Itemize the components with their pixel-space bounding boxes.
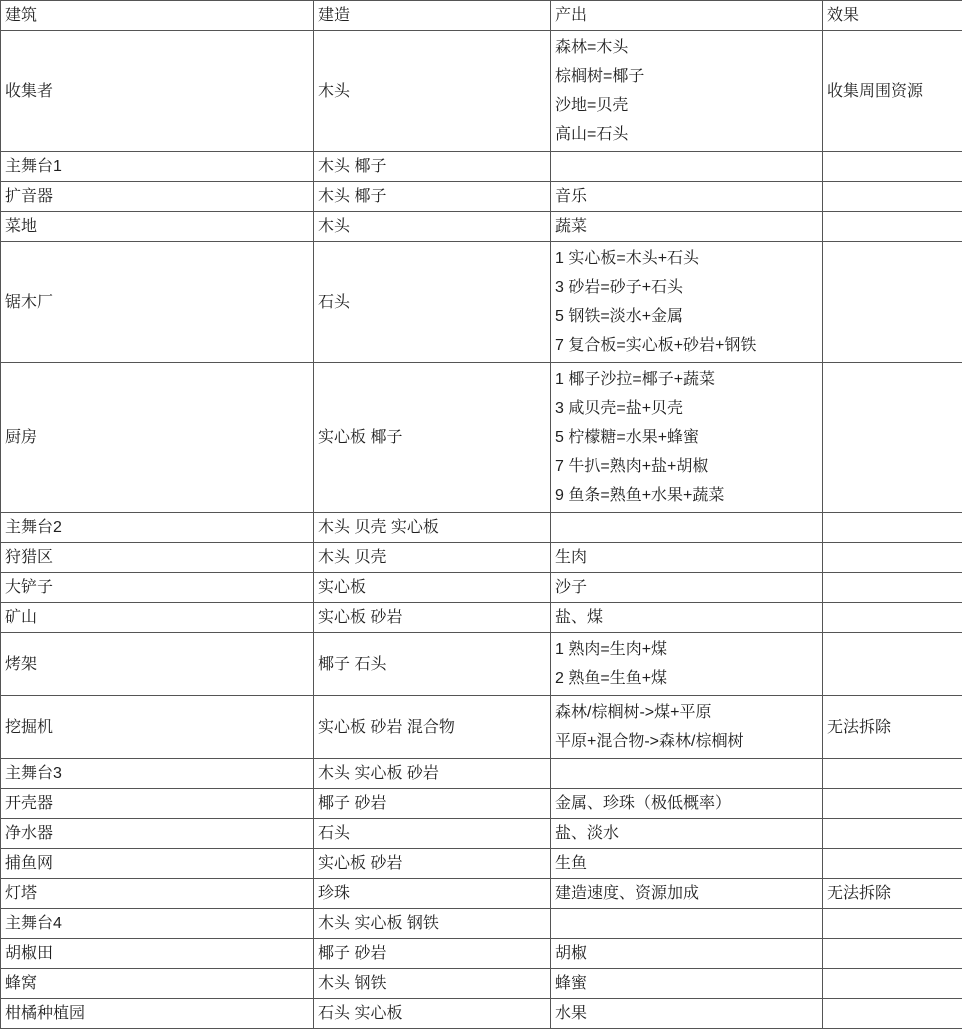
cell-outputs: 森林/棕榈树->煤+平原 平原+混合物->森林/棕榈树 — [551, 696, 823, 759]
cell-building: 锯木厂 — [1, 242, 314, 363]
column-header-outputs: 产出 — [551, 1, 823, 31]
table-row-collector: 收集者 木头 森林=木头 棕榈树=椰子 沙地=贝壳 高山=石头 收集周围资源 — [1, 31, 962, 152]
table-row-mainstage3: 主舞台3 木头 实心板 砂岩 — [1, 759, 962, 789]
cell-outputs: 蔬菜 — [551, 212, 823, 242]
cell-building: 蜂窝 — [1, 969, 314, 999]
cell-building: 厨房 — [1, 363, 314, 513]
cell-outputs: 胡椒 — [551, 939, 823, 969]
cell-effect — [823, 182, 962, 212]
cell-outputs: 金属、珍珠（极低概率） — [551, 789, 823, 819]
cell-cost: 实心板 砂岩 — [314, 603, 551, 633]
cell-effect — [823, 363, 962, 513]
cell-building: 主舞台4 — [1, 909, 314, 939]
cell-outputs: 盐、淡水 — [551, 819, 823, 849]
table-row-hunting-area: 狩猎区 木头 贝壳 生肉 — [1, 543, 962, 573]
cell-effect — [823, 633, 962, 696]
cell-effect — [823, 513, 962, 543]
cell-building: 收集者 — [1, 31, 314, 152]
cell-outputs: 水果 — [551, 999, 823, 1029]
cell-effect: 无法拆除 — [823, 696, 962, 759]
cell-effect — [823, 603, 962, 633]
table-row-sawmill: 锯木厂 石头 1 实心板=木头+石头 3 砂岩=砂子+石头 5 钢铁=淡水+金属… — [1, 242, 962, 363]
cell-building: 开壳器 — [1, 789, 314, 819]
table-row-excavator: 挖掘机 实心板 砂岩 混合物 森林/棕榈树->煤+平原 平原+混合物->森林/棕… — [1, 696, 962, 759]
table-row-kitchen: 厨房 实心板 椰子 1 椰子沙拉=椰子+蔬菜 3 咸贝壳=盐+贝壳 5 柠檬糖=… — [1, 363, 962, 513]
cell-building: 大铲子 — [1, 573, 314, 603]
column-header-effect: 效果 — [823, 1, 962, 31]
cell-building: 矿山 — [1, 603, 314, 633]
cell-outputs: 森林=木头 棕榈树=椰子 沙地=贝壳 高山=石头 — [551, 31, 823, 152]
cell-outputs — [551, 152, 823, 182]
cell-building: 灯塔 — [1, 879, 314, 909]
cell-effect — [823, 543, 962, 573]
cell-cost: 木头 实心板 砂岩 — [314, 759, 551, 789]
cell-outputs — [551, 909, 823, 939]
cell-cost: 珍珠 — [314, 879, 551, 909]
cell-outputs: 建造速度、资源加成 — [551, 879, 823, 909]
cell-cost: 木头 贝壳 实心板 — [314, 513, 551, 543]
cell-effect — [823, 849, 962, 879]
cell-building: 胡椒田 — [1, 939, 314, 969]
table-row-loudspeaker: 扩音器 木头 椰子 音乐 — [1, 182, 962, 212]
cell-outputs — [551, 759, 823, 789]
cell-cost: 木头 椰子 — [314, 182, 551, 212]
cell-effect — [823, 212, 962, 242]
cell-building: 挖掘机 — [1, 696, 314, 759]
cell-building: 主舞台3 — [1, 759, 314, 789]
cell-outputs: 1 椰子沙拉=椰子+蔬菜 3 咸贝壳=盐+贝壳 5 柠檬糖=水果+蜂蜜 7 牛扒… — [551, 363, 823, 513]
header-row: 建筑 建造 产出 效果 — [1, 1, 962, 31]
table-row-fishing-net: 捕鱼网 实心板 砂岩 生鱼 — [1, 849, 962, 879]
cell-effect — [823, 242, 962, 363]
cell-cost: 木头 钢铁 — [314, 969, 551, 999]
cell-cost: 椰子 石头 — [314, 633, 551, 696]
cell-building: 主舞台2 — [1, 513, 314, 543]
table-row-mine: 矿山 实心板 砂岩 盐、煤 — [1, 603, 962, 633]
table-row-vegetable-patch: 菜地 木头 蔬菜 — [1, 212, 962, 242]
table-row-mainstage2: 主舞台2 木头 贝壳 实心板 — [1, 513, 962, 543]
cell-outputs: 盐、煤 — [551, 603, 823, 633]
cell-effect — [823, 939, 962, 969]
table-row-big-shovel: 大铲子 实心板 沙子 — [1, 573, 962, 603]
table-row-citrus-plantation: 柑橘种植园 石头 实心板 水果 — [1, 999, 962, 1029]
cell-effect — [823, 573, 962, 603]
cell-cost: 石头 实心板 — [314, 999, 551, 1029]
cell-cost: 石头 — [314, 242, 551, 363]
table-row-pepper-field: 胡椒田 椰子 砂岩 胡椒 — [1, 939, 962, 969]
cell-cost: 木头 实心板 钢铁 — [314, 909, 551, 939]
cell-effect — [823, 819, 962, 849]
cell-cost: 木头 — [314, 31, 551, 152]
cell-building: 柑橘种植园 — [1, 999, 314, 1029]
column-header-cost: 建造 — [314, 1, 551, 31]
cell-cost: 实心板 砂岩 混合物 — [314, 696, 551, 759]
cell-building: 扩音器 — [1, 182, 314, 212]
cell-building: 净水器 — [1, 819, 314, 849]
cell-cost: 实心板 — [314, 573, 551, 603]
cell-effect — [823, 999, 962, 1029]
table-row-shell-opener: 开壳器 椰子 砂岩 金属、珍珠（极低概率） — [1, 789, 962, 819]
cell-outputs: 沙子 — [551, 573, 823, 603]
table-row-lighthouse: 灯塔 珍珠 建造速度、资源加成 无法拆除 — [1, 879, 962, 909]
cell-cost: 木头 贝壳 — [314, 543, 551, 573]
cell-effect: 无法拆除 — [823, 879, 962, 909]
cell-effect — [823, 152, 962, 182]
cell-outputs — [551, 513, 823, 543]
cell-effect — [823, 759, 962, 789]
cell-cost: 实心板 椰子 — [314, 363, 551, 513]
cell-building: 烤架 — [1, 633, 314, 696]
cell-building: 狩猎区 — [1, 543, 314, 573]
cell-outputs: 1 熟肉=生肉+煤 2 熟鱼=生鱼+煤 — [551, 633, 823, 696]
cell-building: 菜地 — [1, 212, 314, 242]
cell-outputs: 生鱼 — [551, 849, 823, 879]
column-header-building: 建筑 — [1, 1, 314, 31]
table-row-mainstage1: 主舞台1 木头 椰子 — [1, 152, 962, 182]
cell-building: 主舞台1 — [1, 152, 314, 182]
cell-outputs: 1 实心板=木头+石头 3 砂岩=砂子+石头 5 钢铁=淡水+金属 7 复合板=… — [551, 242, 823, 363]
cell-effect: 收集周围资源 — [823, 31, 962, 152]
table-row-beehive: 蜂窝 木头 钢铁 蜂蜜 — [1, 969, 962, 999]
cell-outputs: 生肉 — [551, 543, 823, 573]
table-row-mainstage4: 主舞台4 木头 实心板 钢铁 — [1, 909, 962, 939]
cell-effect — [823, 909, 962, 939]
table-row-grill: 烤架 椰子 石头 1 熟肉=生肉+煤 2 熟鱼=生鱼+煤 — [1, 633, 962, 696]
cell-cost: 椰子 砂岩 — [314, 939, 551, 969]
cell-building: 捕鱼网 — [1, 849, 314, 879]
building-reference-table: 建筑 建造 产出 效果 收集者 木头 森林=木头 棕榈树=椰子 沙地=贝壳 高山… — [0, 0, 962, 1029]
cell-cost: 石头 — [314, 819, 551, 849]
cell-cost: 木头 椰子 — [314, 152, 551, 182]
cell-cost: 实心板 砂岩 — [314, 849, 551, 879]
cell-effect — [823, 789, 962, 819]
table-row-water-purifier: 净水器 石头 盐、淡水 — [1, 819, 962, 849]
cell-outputs: 音乐 — [551, 182, 823, 212]
cell-cost: 木头 — [314, 212, 551, 242]
cell-outputs: 蜂蜜 — [551, 969, 823, 999]
cell-effect — [823, 969, 962, 999]
cell-cost: 椰子 砂岩 — [314, 789, 551, 819]
